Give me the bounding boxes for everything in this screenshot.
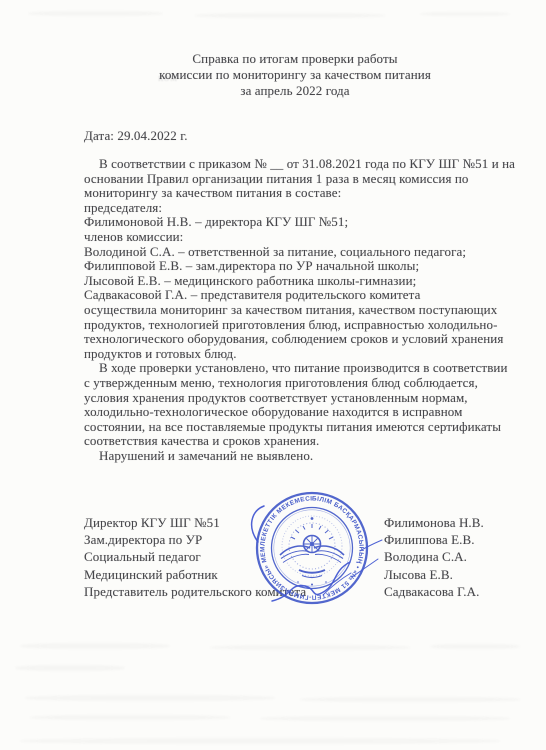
signature-row: Представитель родительского комитета Сад… bbox=[84, 583, 514, 600]
body-line: Лысовой Е.В. – медицинского работника шк… bbox=[84, 274, 520, 289]
signature-block: Директор КГУ ШГ №51 Филимонова Н.В. Зам.… bbox=[84, 514, 514, 600]
scan-artifact bbox=[195, 13, 385, 18]
signature-row: Директор КГУ ШГ №51 Филимонова Н.В. bbox=[84, 514, 514, 531]
body-line: Садвакасовой Г.А. – представителя родите… bbox=[84, 288, 520, 303]
signer-name: Филиппова Е.В. bbox=[384, 531, 514, 548]
body-line: В ходе проверки установлено, что питание… bbox=[84, 361, 520, 376]
signature-row: Зам.директора по УР Филиппова Е.В. bbox=[84, 531, 514, 548]
body-line: продуктов и готовых блюд. bbox=[84, 347, 520, 362]
scan-artifact bbox=[420, 12, 510, 16]
body-line: холодильно-технологическое оборудование … bbox=[84, 405, 520, 420]
body-line: технологического оборудования, соблюдени… bbox=[84, 332, 520, 347]
body-line: соответствия качества и сроков хранения. bbox=[84, 434, 520, 449]
signer-role: Социальный педагог bbox=[84, 548, 384, 565]
signer-role: Зам.директора по УР bbox=[84, 531, 384, 548]
scan-artifact bbox=[20, 643, 170, 649]
document-title: Справка по итогам проверки работы комисс… bbox=[84, 51, 506, 99]
scan-artifact bbox=[15, 665, 125, 671]
body-line: председателя: bbox=[84, 201, 520, 216]
scan-artifact bbox=[20, 738, 500, 744]
signer-name: Садвакасова Г.А. bbox=[384, 583, 514, 600]
signer-role: Представитель родительского комитета bbox=[84, 583, 384, 600]
body-line: осуществила мониторинг за качеством пита… bbox=[84, 303, 520, 318]
scan-artifact bbox=[300, 697, 520, 702]
signer-name: Володина С.А. bbox=[384, 548, 514, 565]
body-line: Володиной С.А. – ответственной за питани… bbox=[84, 245, 520, 260]
signature-row: Социальный педагог Володина С.А. bbox=[84, 548, 514, 565]
body-line: с утвержденным меню, технология приготов… bbox=[84, 376, 520, 391]
signer-name: Филимонова Н.В. bbox=[384, 514, 514, 531]
body-line: Нарушений и замечаний не выявлено. bbox=[84, 449, 520, 464]
date-line: Дата: 29.04.2022 г. bbox=[84, 128, 188, 143]
signer-role: Медицинский работник bbox=[84, 566, 384, 583]
body-line: мониторингу за качеством питания в соста… bbox=[84, 186, 520, 201]
body-line: Филипповой Е.В. – зам.директора по УР на… bbox=[84, 259, 520, 274]
body-line: Филимоновой Н.В. – директора КГУ ШГ №51; bbox=[84, 215, 520, 230]
scan-artifact bbox=[25, 695, 275, 701]
signature-row: Медицинский работник Лысова Е.В. bbox=[84, 566, 514, 583]
body-line: условия хранения продуктов соответствует… bbox=[84, 391, 520, 406]
body-line: членов комиссии: bbox=[84, 230, 520, 245]
scan-artifact bbox=[260, 716, 510, 721]
body-line: продуктов, технологией приготовления блю… bbox=[84, 318, 520, 333]
body-line: состоянии, на все поставляемые продукты … bbox=[84, 420, 520, 435]
title-line-3: за апрель 2022 года bbox=[84, 83, 506, 99]
signer-role: Директор КГУ ШГ №51 bbox=[84, 514, 384, 531]
scan-artifact bbox=[28, 11, 163, 16]
body-line: В соответствии с приказом № __ от 31.08.… bbox=[84, 157, 520, 172]
title-line-1: Справка по итогам проверки работы bbox=[84, 51, 506, 67]
scan-artifact bbox=[30, 715, 230, 720]
signer-name: Лысова Е.В. bbox=[384, 566, 514, 583]
scanned-document-page: ком Справка по итогам проверки работы ко… bbox=[0, 0, 546, 750]
scan-artifact bbox=[210, 645, 410, 650]
body-line: основании Правил организации питания 1 р… bbox=[84, 172, 520, 187]
scan-artifact bbox=[430, 644, 520, 649]
title-line-2: комиссии по мониторингу за качеством пит… bbox=[84, 67, 506, 83]
body-paragraph: В соответствии с приказом № __ от 31.08.… bbox=[84, 157, 520, 463]
